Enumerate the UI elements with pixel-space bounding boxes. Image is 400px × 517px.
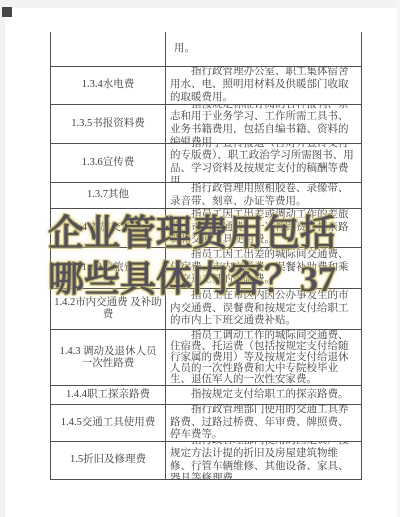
- row-description-text: 指员工在市区内因公办事发生的市内交通费、误餐费和按规定支付给职工的市内上下班交通…: [170, 290, 358, 328]
- row-description-text: 用。: [170, 43, 195, 56]
- row-label: 1.3.4水电费: [51, 67, 166, 104]
- row-description-text: 指行政管理用照相胶卷、录像带、录音带、刻章、办证等费用。: [170, 183, 358, 208]
- table-row: 1.3.4水电费 指行政管理办公室、职工集体宿舍用水、电、照明用材料及供暖部门收…: [51, 67, 361, 105]
- row-label: [51, 32, 166, 66]
- row-description-text: 指员工因工出差或调动工作的差旅费、市内交通费、一次性路费、探亲路费和交通工具使用…: [170, 209, 358, 247]
- corner-marker: [2, 7, 12, 17]
- row-description-text: 指行政管理办公室、职工集体宿舍用水、电、照明用材料及供暖部门收取的取暖费用。: [170, 67, 358, 104]
- row-label: 1.4.3 调动及退休人员 一次性路费: [51, 330, 166, 385]
- row-description: 指行政管理办公室、职工集体宿舍用水、电、照明用材料及供暖部门收取的取暖费用。: [166, 67, 361, 104]
- table-row: 1.3.5书报资料费 指按规定标准订阅的各种报刊、杂志和用于业务学习、工作所需工…: [51, 105, 361, 144]
- row-description: 指行政管理部门使用的固定资产按规定方法计提的折旧及房屋建筑物维修、行管车辆维修、…: [166, 442, 361, 479]
- row-description-text: 指行政管理部门使用的固定资产按规定方法计提的折旧及房屋建筑物维修、行管车辆维修、…: [170, 442, 358, 479]
- row-description: 指按规定支付给职工的探亲路费。: [166, 386, 361, 404]
- row-label: 1.4.2市内交通费 及补助费: [51, 289, 166, 329]
- row-description: 指用于宣传报道（含对外宣传支付的专版费）、职工政治学习所需图书、用品、学习资料及…: [166, 144, 361, 182]
- table-row: 1.3.7其他 指行政管理用照相胶卷、录像带、录音带、刻章、办证等费用。: [51, 183, 361, 209]
- row-label: 1.3.5书报资料费: [51, 105, 166, 143]
- table-row: 1.4.2市内交通费 及补助费 指员工在市区内因公办事发生的市内交通费、误餐费和…: [51, 289, 361, 330]
- row-description: 指员工在市区内因公办事发生的市内交通费、误餐费和按规定支付给职工的市内上下班交通…: [166, 289, 361, 329]
- table-row: 1.4.4职工探亲路费 指按规定支付给职工的探亲路费。: [51, 386, 361, 405]
- table-row: 1.4 差旅交通费 指员工因工出差或调动工作的差旅费、市内交通费、一次性路费、探…: [51, 209, 361, 248]
- row-description-text: 指用于宣传报道（含对外宣传支付的专版费）、职工政治学习所需图书、用品、学习资料及…: [170, 144, 358, 182]
- table-row: 1.3.6宣传费 指用于宣传报道（含对外宣传支付的专版费）、职工政治学习所需图书…: [51, 144, 361, 183]
- row-label: 1.4 差旅交通费: [51, 209, 166, 247]
- row-label: 1.4.5交通工具使用费: [51, 405, 166, 441]
- row-label: 1.3.6宣传费: [51, 144, 166, 182]
- row-description: 指行政管理部门使用的交通工具养路费、过路过桥费、年审费、牌照费、停车费等。: [166, 405, 361, 441]
- row-label: 1.3.7其他: [51, 183, 166, 208]
- fee-classification-table: 用。 1.3.4水电费 指行政管理办公室、职工集体宿舍用水、电、照明用材料及供暖…: [50, 32, 362, 480]
- row-description: 指员工调动工作的城际间交通费、住宿费、托运费（包括按规定支付给随行家属的费用）等…: [166, 330, 361, 385]
- row-description: 指员工因工出差或调动工作的差旅费、市内交通费、一次性路费、探亲路费和交通工具使用…: [166, 209, 361, 247]
- table-row: 1.4.5交通工具使用费 指行政管理部门使用的交通工具养路费、过路过桥费、年审费…: [51, 405, 361, 442]
- row-description: 用。: [166, 32, 361, 66]
- table-row: 1.5折旧及修理费 指行政管理部门使用的固定资产按规定方法计提的折旧及房屋建筑物…: [51, 442, 361, 480]
- table-row: 1.4.1差旅费 指员工因工出差的城际间交通费、住宿费、市内交通费、误餐补助费和…: [51, 248, 361, 289]
- row-label: 1.4.4职工探亲路费: [51, 386, 166, 404]
- row-label: 1.5折旧及修理费: [51, 442, 166, 479]
- row-description-text: 指员工因工出差的城际间交通费、住宿费、市内交通费、误餐补助费和乘坐交通工具的保险…: [170, 249, 358, 287]
- row-description-text: 指按规定标准订阅的各种报刊、杂志和用于业务学习、工作所需工具书、业务书籍费用，包…: [170, 105, 358, 143]
- table-row: 1.4.3 调动及退休人员 一次性路费 指员工调动工作的城际间交通费、住宿费、托…: [51, 330, 361, 386]
- row-description-text: 指行政管理部门使用的交通工具养路费、过路过桥费、年审费、牌照费、停车费等。: [170, 405, 358, 441]
- row-description: 指行政管理用照相胶卷、录像带、录音带、刻章、办证等费用。: [166, 183, 361, 208]
- row-description: 指按规定标准订阅的各种报刊、杂志和用于业务学习、工作所需工具书、业务书籍费用，包…: [166, 105, 361, 143]
- page-top-margin: [0, 0, 400, 8]
- row-label: 1.4.1差旅费: [51, 248, 166, 288]
- page-left-margin: [0, 0, 5, 517]
- table-row: 用。: [51, 32, 361, 67]
- row-description-text: 指员工调动工作的城际间交通费、住宿费、托运费（包括按规定支付给随行家属的费用）等…: [170, 330, 358, 385]
- row-description-text: 指按规定支付给职工的探亲路费。: [170, 389, 349, 402]
- row-description: 指员工因工出差的城际间交通费、住宿费、市内交通费、误餐补助费和乘坐交通工具的保险…: [166, 248, 361, 288]
